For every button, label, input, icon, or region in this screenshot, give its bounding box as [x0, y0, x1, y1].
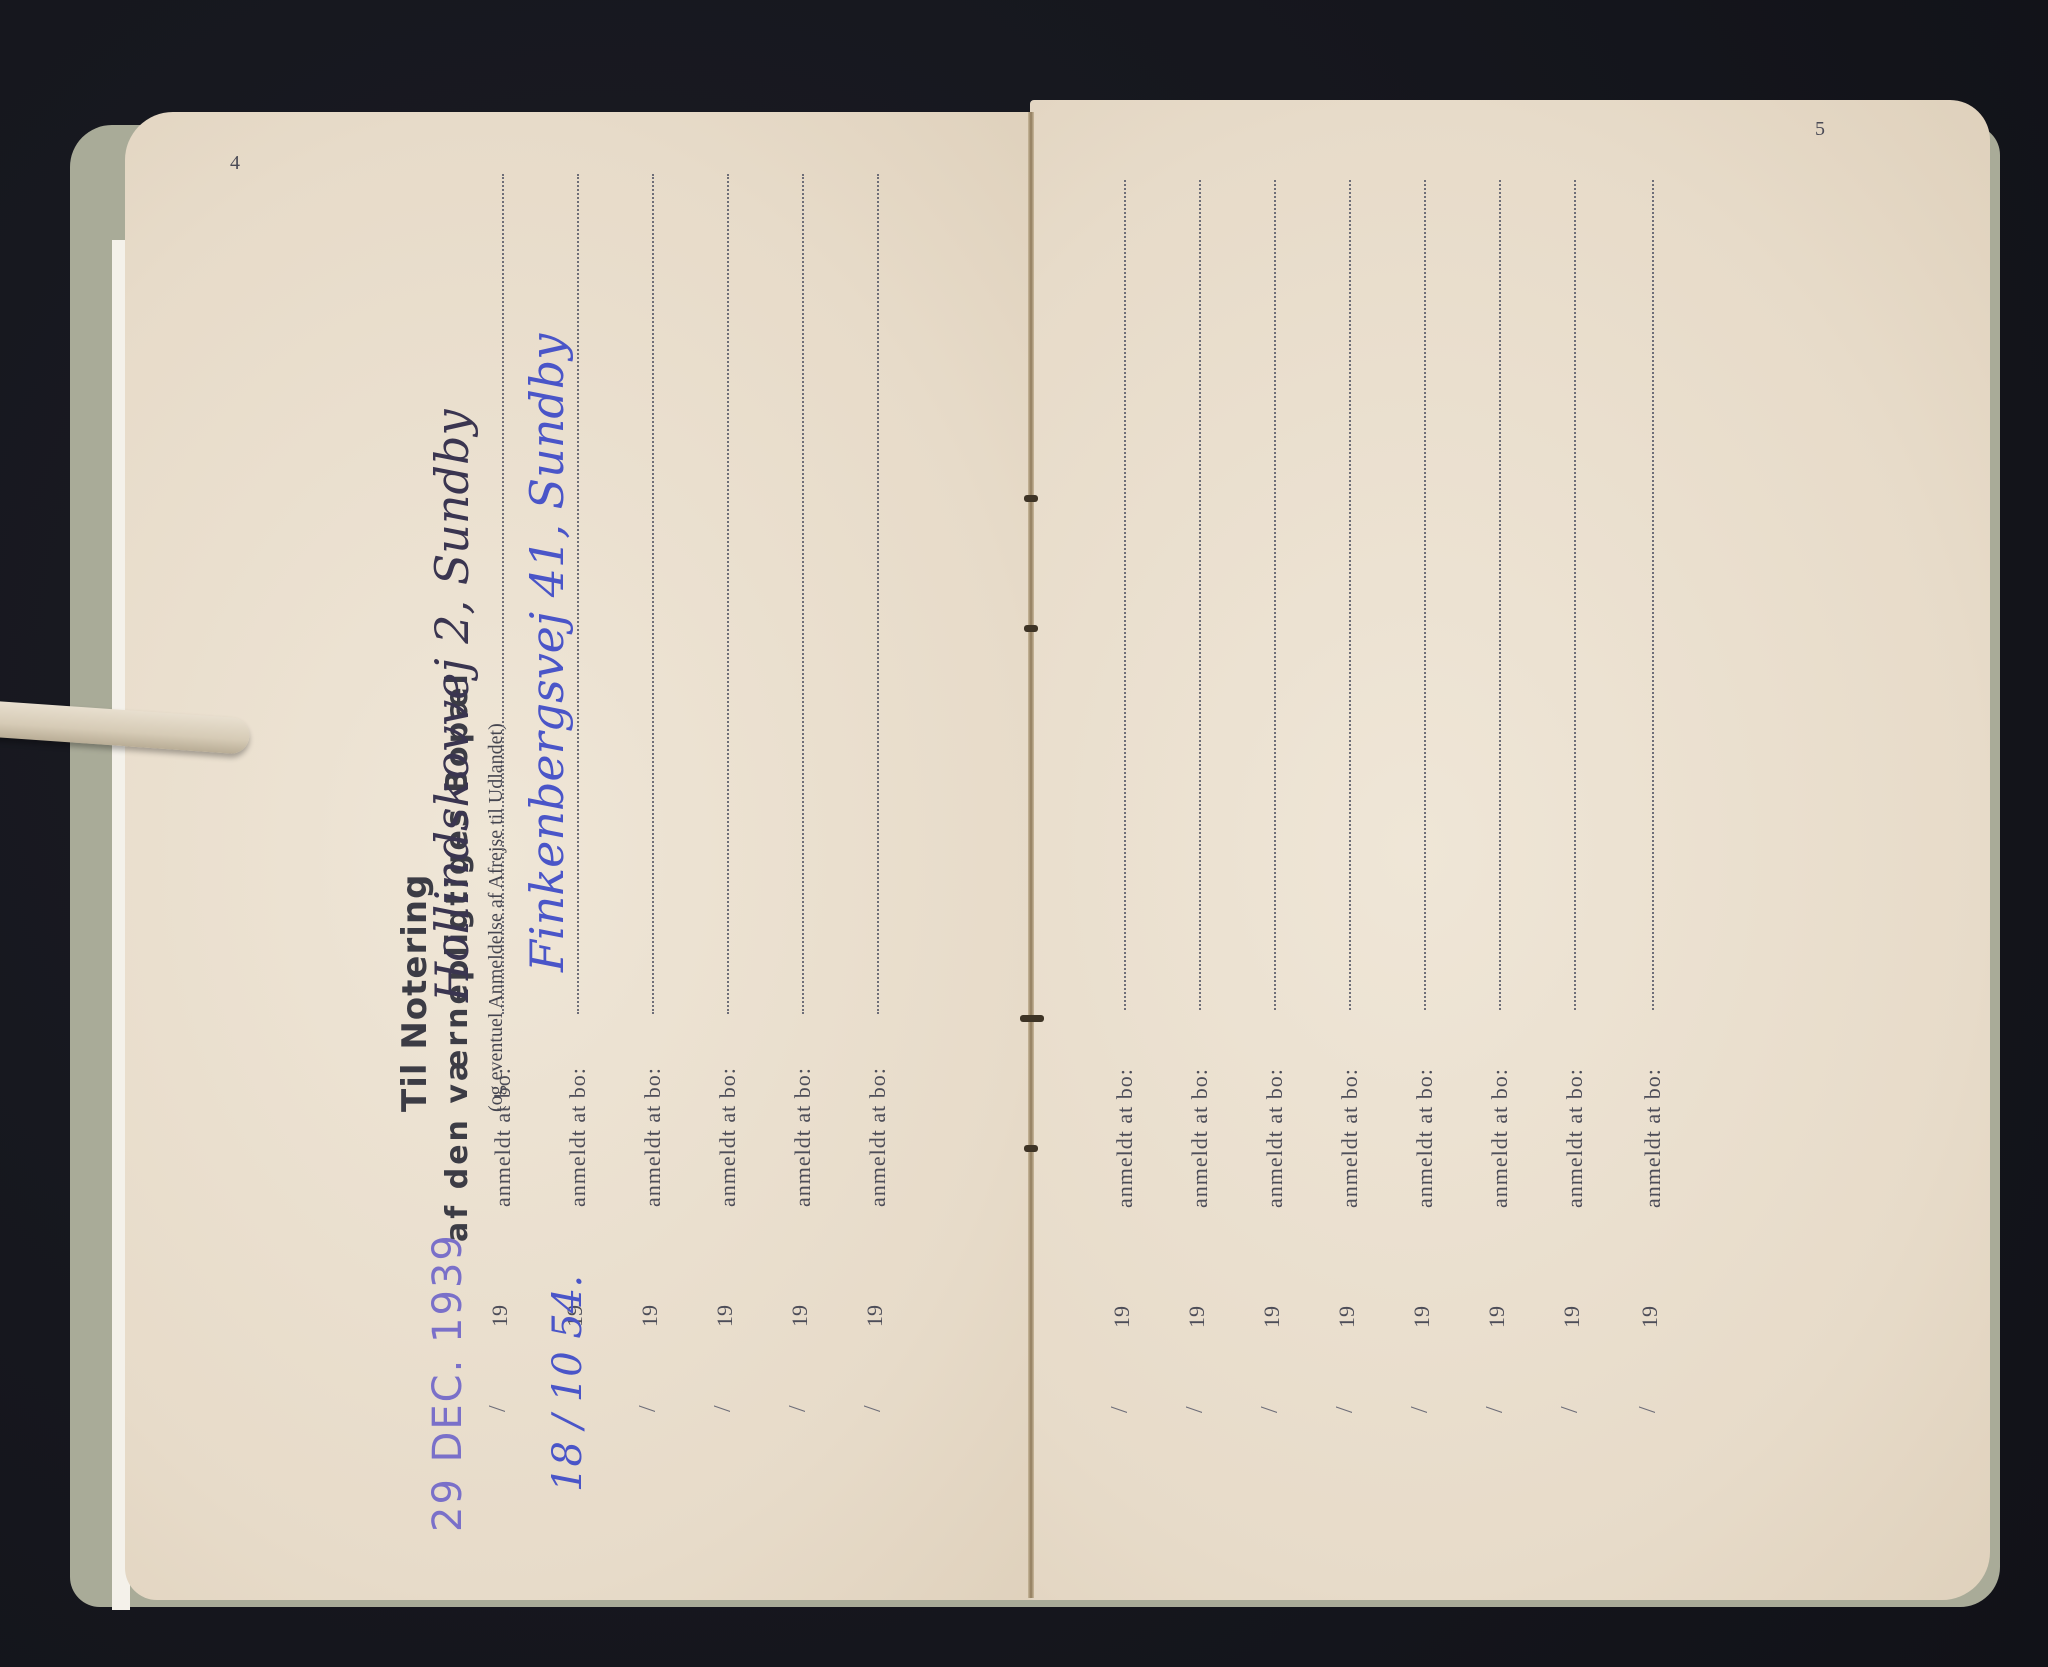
- right-page: 5 anmeldt at bo: 19 / anmeldt at bo: 19 …: [1030, 100, 1990, 1600]
- year-prefix: 19: [1259, 1306, 1285, 1328]
- date-slash: /: [1107, 1406, 1134, 1413]
- row-label: anmeldt at bo:: [1487, 1068, 1513, 1208]
- row-label: anmeldt at bo:: [1562, 1068, 1588, 1208]
- row-label: anmeldt at bo:: [565, 1067, 591, 1207]
- dotted-line: [1124, 180, 1126, 1010]
- year-prefix: 19: [862, 1305, 888, 1327]
- year-prefix: 19: [1184, 1306, 1210, 1328]
- dotted-line: [1424, 180, 1426, 1010]
- dotted-line: [502, 174, 504, 1014]
- stitch-mark: [1024, 495, 1038, 502]
- date-slash: /: [1482, 1406, 1509, 1413]
- date-slash: /: [1257, 1406, 1284, 1413]
- year-prefix: 19: [487, 1305, 513, 1327]
- page-number-right: 5: [1815, 118, 1825, 141]
- row-label: anmeldt at bo:: [715, 1067, 741, 1207]
- date-slash: /: [1557, 1406, 1584, 1413]
- year-prefix: 19: [1637, 1306, 1663, 1328]
- booklet-spine: [1028, 112, 1034, 1598]
- date-slash: /: [860, 1405, 887, 1412]
- dotted-line: [877, 174, 879, 1014]
- dotted-line: [1349, 180, 1351, 1010]
- dotted-line: [1574, 180, 1576, 1010]
- year-prefix: 19: [637, 1305, 663, 1327]
- date-slash: /: [1332, 1406, 1359, 1413]
- handwritten-date: 18 / 10 54.: [545, 1275, 591, 1492]
- year-prefix: 19: [787, 1305, 813, 1327]
- year-prefix: 19: [1559, 1306, 1585, 1328]
- date-slash: /: [710, 1405, 737, 1412]
- date-slash: /: [1407, 1406, 1434, 1413]
- row-label: anmeldt at bo:: [1262, 1068, 1288, 1208]
- row-label: anmeldt at bo:: [640, 1067, 666, 1207]
- date-slash: /: [1182, 1406, 1209, 1413]
- page-note: (og eventuel Anmeldelse af Afrejse til U…: [485, 723, 508, 1112]
- date-slash: /: [635, 1405, 662, 1412]
- row-label: anmeldt at bo:: [790, 1067, 816, 1207]
- dotted-line: [727, 174, 729, 1014]
- row-label: anmeldt at bo:: [1337, 1068, 1363, 1208]
- left-page: 4 Til Notering af den værnepligtiges Bop…: [125, 112, 1045, 1600]
- row-label: anmeldt at bo:: [490, 1067, 516, 1207]
- row-label: anmeldt at bo:: [1412, 1068, 1438, 1208]
- row-label: anmeldt at bo:: [865, 1067, 891, 1207]
- dotted-line: [577, 174, 579, 1014]
- stitch-mark: [1020, 1015, 1044, 1022]
- stitch-mark: [1024, 1145, 1038, 1152]
- stitch-mark: [1024, 625, 1038, 632]
- date-slash: /: [1635, 1406, 1662, 1413]
- date-slash: /: [785, 1405, 812, 1412]
- row-label: anmeldt at bo:: [1112, 1068, 1138, 1208]
- handwritten-address: Hollindskovvej 2, Sundby: [425, 410, 479, 1002]
- dotted-line: [1652, 180, 1654, 1010]
- dotted-line: [1499, 180, 1501, 1010]
- year-prefix: 19: [712, 1305, 738, 1327]
- dotted-line: [802, 174, 804, 1014]
- year-prefix: 19: [1334, 1306, 1360, 1328]
- dotted-line: [1274, 180, 1276, 1010]
- row-label: anmeldt at bo:: [1187, 1068, 1213, 1208]
- handwritten-address: Finkenbergsvej 41, Sundby: [520, 334, 574, 972]
- dotted-line: [652, 174, 654, 1014]
- year-prefix: 19: [1409, 1306, 1435, 1328]
- dotted-line: [1199, 180, 1201, 1010]
- row-label: anmeldt at bo:: [1640, 1068, 1666, 1208]
- year-prefix: 19: [1109, 1306, 1135, 1328]
- page-number-left: 4: [230, 152, 240, 175]
- date-slash: /: [485, 1405, 512, 1412]
- date-stamp: 29 DEC. 1939: [425, 1233, 471, 1532]
- year-prefix: 19: [1484, 1306, 1510, 1328]
